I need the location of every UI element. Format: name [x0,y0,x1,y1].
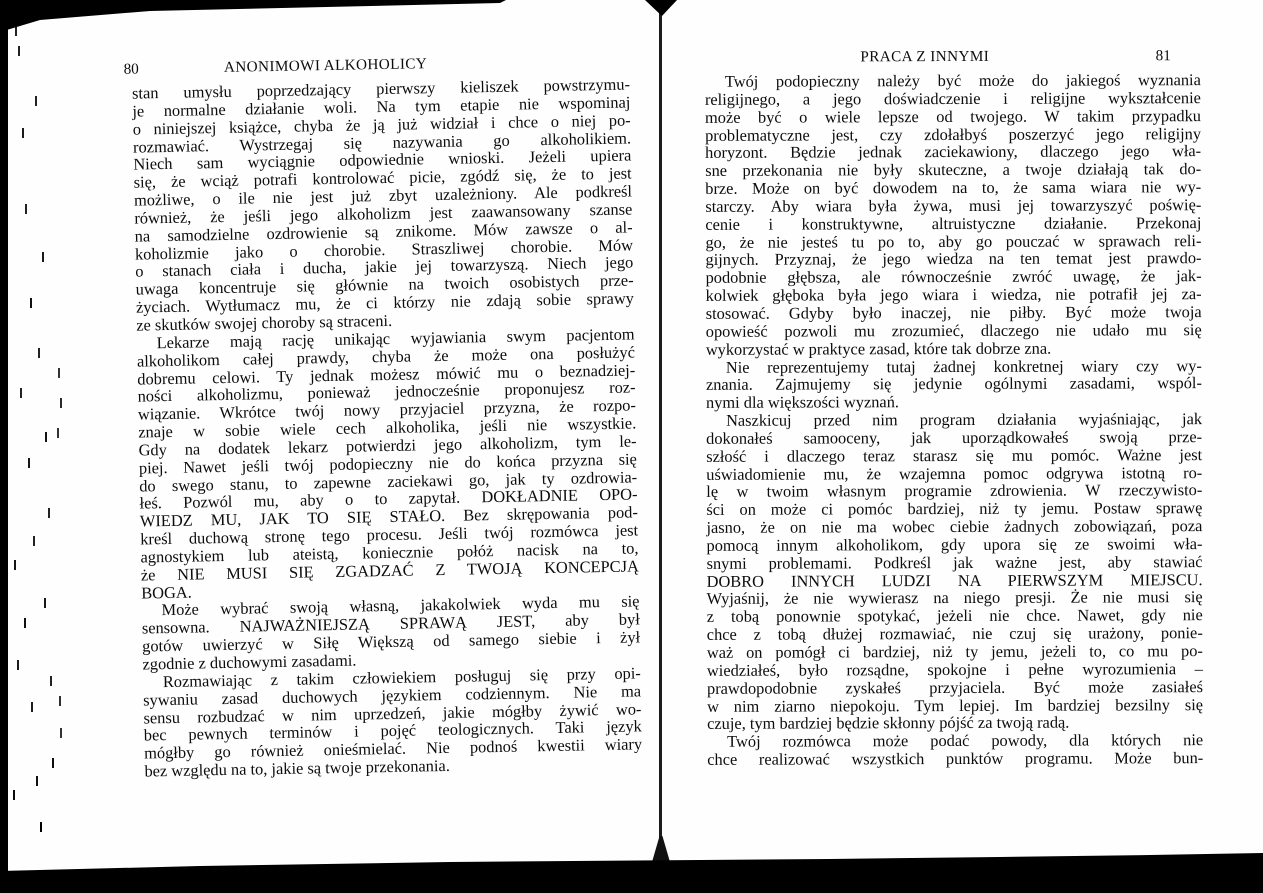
text-line: znania. Zajmujemy się jedynie ogólnymi z… [706,374,1202,394]
page-body-right: Twój podopieczny należy być może do jaki… [705,71,1203,769]
page-number-right: 81 [1156,47,1171,65]
book-binding-shadow-top [645,0,677,16]
page-right: PRACA Z INNYMI 81 Twój podopieczny należ… [705,45,1204,769]
text-line: opowieść pozwoli mu zrozumieć, dlaczego … [706,321,1202,341]
text-line: chce realizować wszystkich punktów progr… [707,749,1203,769]
scan-left-edge [0,0,8,893]
page-header-right: PRACA Z INNYMI 81 [705,45,1201,73]
scan-speckle-band [8,0,68,893]
scan-top-shadow [0,0,510,34]
page-left: 80 ANONIMOWI ALKOHOLICY stan umysłu popr… [131,49,642,780]
book-binding-shadow-bottom [652,836,670,862]
running-head-right: PRACA Z INNYMI [677,47,1173,67]
scan-bottom-shadow [0,852,1263,893]
book-scan: 80 ANONIMOWI ALKOHOLICY stan umysłu popr… [0,0,1263,893]
page-body-left: stan umysłu poprzedzający pierwszy kieli… [132,75,643,780]
text-line: w nim ziarno niepokoju. Tym lepiej. Im b… [707,696,1203,716]
book-binding-line [659,0,662,893]
running-head-left: ANONIMOWI ALKOHOLICY [76,53,574,80]
